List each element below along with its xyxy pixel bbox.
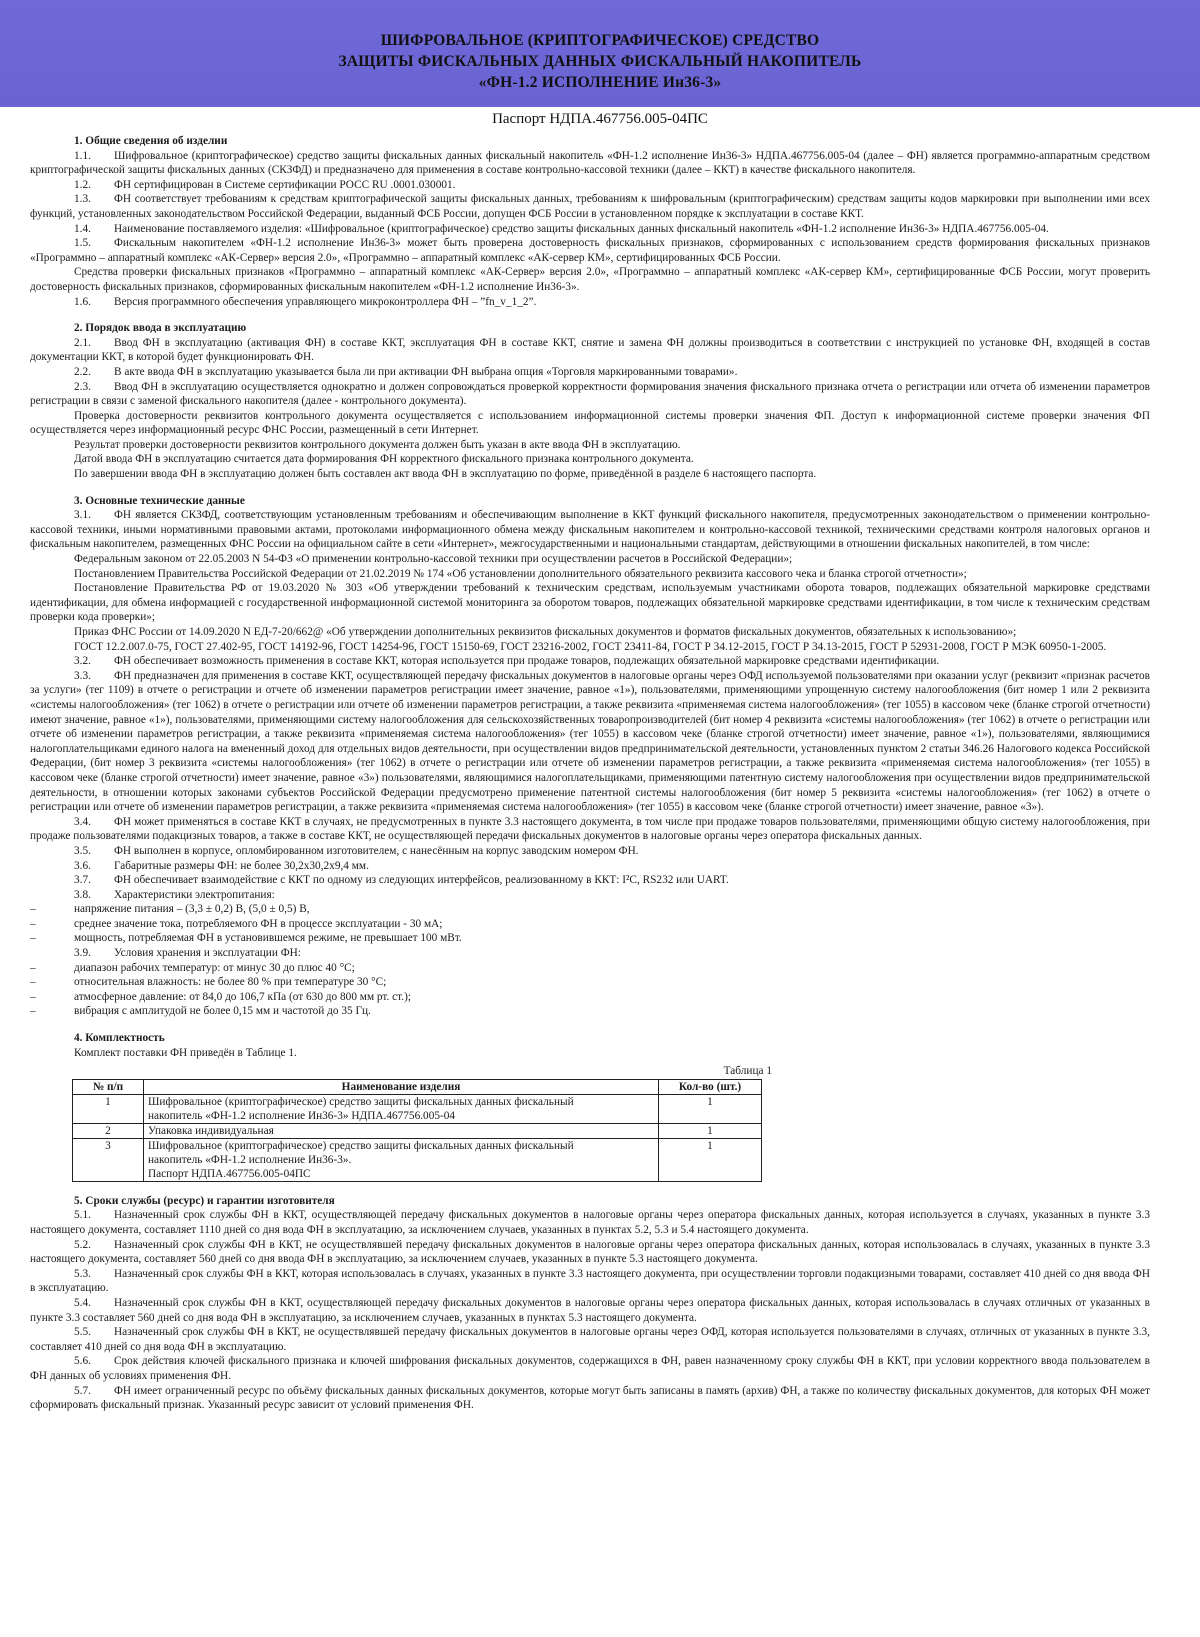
col-name: Наименование изделия xyxy=(144,1079,659,1094)
section-5-heading: 5. Сроки службы (ресурс) и гарантии изго… xyxy=(74,1194,1150,1209)
paragraph-5-5: 5.5.Назначенный срок службы ФН в ККТ, не… xyxy=(30,1325,1150,1354)
power-item: –среднее значение тока, потребляемого ФН… xyxy=(30,917,1150,932)
paragraph-3-5: 3.5.ФН выполнен в корпусе, опломбированн… xyxy=(30,844,1150,859)
power-item: –мощность, потребляемая ФН в установивше… xyxy=(30,931,1150,946)
paragraph-3-6: 3.6.Габаритные размеры ФН: не более 30,2… xyxy=(30,859,1150,874)
table-row: 2 Упаковка индивидуальная 1 xyxy=(73,1123,762,1138)
paragraph-1-3: 1.3.ФН соответствует требованиям к средс… xyxy=(30,192,1150,221)
paragraph-5-6: 5.6.Срок действия ключей фискального при… xyxy=(30,1354,1150,1383)
paragraph-2-7: По завершении ввода ФН в эксплуатацию до… xyxy=(30,467,1150,482)
paragraph-5-7: 5.7.ФН имеет ограниченный ресурс по объё… xyxy=(30,1384,1150,1413)
document-body: 1. Общие сведения об изделии 1.1.Шифрова… xyxy=(30,134,1150,1413)
law-54-fz: Федеральным законом от 22.05.2003 N 54-Ф… xyxy=(30,552,1150,567)
section-4-heading: 4. Комплектность xyxy=(74,1031,1150,1046)
power-item: –напряжение питания – (3,3 ± 0,2) В, (5,… xyxy=(30,902,1150,917)
paragraph-1-6: 1.6.Версия программного обеспечения упра… xyxy=(30,295,1150,310)
paragraph-5-4: 5.4.Назначенный срок службы ФН в ККТ, ос… xyxy=(30,1296,1150,1325)
law-174: Постановлением Правительства Российской … xyxy=(30,567,1150,582)
paragraph-3-1: 3.1.ФН является СКЗФД, соответствующим у… xyxy=(30,508,1150,552)
section-2-heading: 2. Порядок ввода в эксплуатацию xyxy=(74,321,1150,336)
title-line-2: ЗАЩИТЫ ФИСКАЛЬНЫХ ДАННЫХ ФИСКАЛЬНЫЙ НАКО… xyxy=(0,51,1200,72)
table-row: 3 Шифровальное (криптографическое) средс… xyxy=(73,1138,762,1181)
paragraph-3-8: 3.8.Характеристики электропитания: xyxy=(30,888,1150,903)
storage-item: –относительная влажность: не более 80 % … xyxy=(30,975,1150,990)
paragraph-5-2: 5.2.Назначенный срок службы ФН в ККТ, не… xyxy=(30,1238,1150,1267)
kit-table: № п/п Наименование изделия Кол-во (шт.) … xyxy=(72,1079,762,1182)
paragraph-2-3: 2.3.Ввод ФН в эксплуатацию осуществляетс… xyxy=(30,380,1150,409)
paragraph-3-3: 3.3.ФН предназначен для применения в сос… xyxy=(30,669,1150,815)
paragraph-1-5: 1.5.Фискальным накопителем «ФН-1.2 испол… xyxy=(30,236,1150,265)
storage-item: –вибрация с амплитудой не более 0,15 мм … xyxy=(30,1004,1150,1019)
law-fns-order: Приказ ФНС России от 14.09.2020 N ЕД-7-2… xyxy=(30,625,1150,640)
paragraph-1-1: 1.1.Шифровальное (криптографическое) сре… xyxy=(30,149,1150,178)
table-row: 1 Шифровальное (криптографическое) средс… xyxy=(73,1094,762,1123)
passport-number: Паспорт НДПА.467756.005-04ПС xyxy=(0,111,1200,128)
paragraph-2-2: 2.2.В акте ввода ФН в эксплуатацию указы… xyxy=(30,365,1150,380)
paragraph-5-1: 5.1.Назначенный срок службы ФН в ККТ, ос… xyxy=(30,1208,1150,1237)
kit-intro: Комплект поставки ФН приведён в Таблице … xyxy=(74,1046,1150,1061)
col-number: № п/п xyxy=(73,1079,144,1094)
paragraph-3-4: 3.4.ФН может применяться в составе ККТ в… xyxy=(30,815,1150,844)
paragraph-1-2: 1.2.ФН сертифицирован в Системе сертифик… xyxy=(30,178,1150,193)
paragraph-1-4: 1.4.Наименование поставляемого изделия: … xyxy=(30,222,1150,237)
document-title: ШИФРОВАЛЬНОЕ (КРИПТОГРАФИЧЕСКОЕ) СРЕДСТВ… xyxy=(0,30,1200,93)
law-303: Постановление Правительства РФ от 19.03.… xyxy=(30,581,1150,625)
table-header-row: № п/п Наименование изделия Кол-во (шт.) xyxy=(73,1079,762,1094)
title-line-1: ШИФРОВАЛЬНОЕ (КРИПТОГРАФИЧЕСКОЕ) СРЕДСТВ… xyxy=(0,30,1200,51)
paragraph-2-4: Проверка достоверности реквизитов контро… xyxy=(30,409,1150,438)
col-qty: Кол-во (шт.) xyxy=(659,1079,762,1094)
paragraph-3-9: 3.9.Условия хранения и эксплуатации ФН: xyxy=(30,946,1150,961)
table-caption: Таблица 1 xyxy=(30,1064,772,1079)
paragraph-5-3: 5.3.Назначенный срок службы ФН в ККТ, ко… xyxy=(30,1267,1150,1296)
storage-item: –диапазон рабочих температур: от минус 3… xyxy=(30,961,1150,976)
paragraph-2-6: Датой ввода ФН в эксплуатацию считается … xyxy=(30,452,1150,467)
paragraph-3-2: 3.2.ФН обеспечивает возможность применен… xyxy=(30,654,1150,669)
storage-item: –атмосферное давление: от 84,0 до 106,7 … xyxy=(30,990,1150,1005)
section-1-heading: 1. Общие сведения об изделии xyxy=(74,134,1150,149)
gost-list: ГОСТ 12.2.007.0-75, ГОСТ 27.402-95, ГОСТ… xyxy=(30,640,1150,655)
section-3-heading: 3. Основные технические данные xyxy=(74,494,1150,509)
paragraph-2-5: Результат проверки достоверности реквизи… xyxy=(30,438,1150,453)
paragraph-2-1: 2.1.Ввод ФН в эксплуатацию (активация ФН… xyxy=(30,336,1150,365)
paragraph-1-5b: Средства проверки фискальных признаков «… xyxy=(30,265,1150,294)
title-line-3: «ФН-1.2 ИСПОЛНЕНИЕ Ин36-3» xyxy=(0,72,1200,93)
paragraph-3-7: 3.7.ФН обеспечивает взаимодействие с ККТ… xyxy=(30,873,1150,888)
